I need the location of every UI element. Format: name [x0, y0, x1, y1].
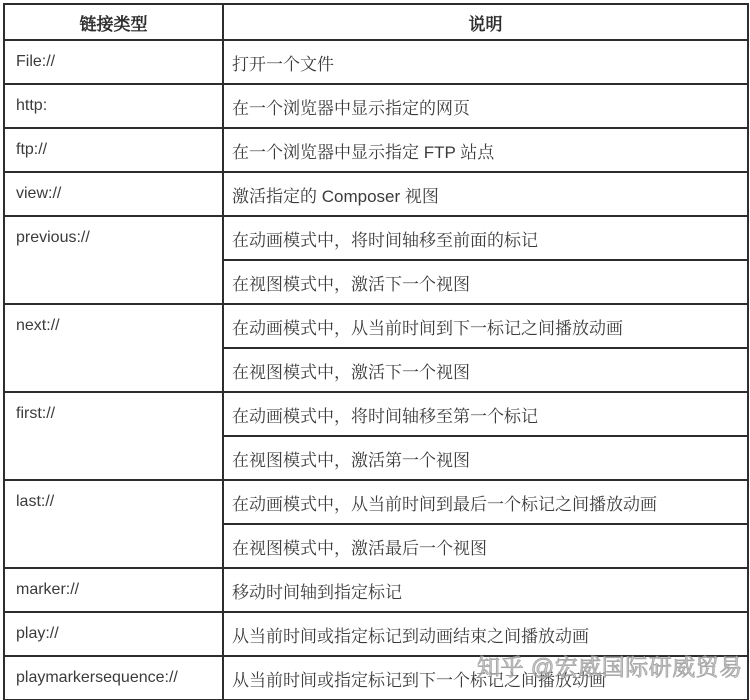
- link-type-cell: ftp://: [4, 128, 223, 172]
- table-row: play:// 从当前时间或指定标记到动画结束之间播放动画: [4, 612, 748, 656]
- link-type-cell: view://: [4, 172, 223, 216]
- description-cell: 在视图模式中，激活最后一个视图: [223, 524, 748, 568]
- description-cell: 从当前时间或指定标记到下一个标记之间播放动画: [223, 656, 748, 700]
- link-type-cell: next://: [4, 304, 223, 392]
- link-type-cell: File://: [4, 40, 223, 84]
- header-description: 说明: [223, 4, 748, 40]
- description-cell: 激活指定的 Composer 视图: [223, 172, 748, 216]
- description-cell: 打开一个文件: [223, 40, 748, 84]
- table-row: previous:// 在动画模式中，将时间轴移至前面的标记: [4, 216, 748, 260]
- description-cell: 在动画模式中，从当前时间到最后一个标记之间播放动画: [223, 480, 748, 524]
- link-type-cell: marker://: [4, 568, 223, 612]
- description-cell: 在一个浏览器中显示指定 FTP 站点: [223, 128, 748, 172]
- header-link-type: 链接类型: [4, 4, 223, 40]
- link-type-cell: previous://: [4, 216, 223, 304]
- table-row: playmarkersequence:// 从当前时间或指定标记到下一个标记之间…: [4, 656, 748, 700]
- description-cell: 在动画模式中，将时间轴移至前面的标记: [223, 216, 748, 260]
- table-row: first:// 在动画模式中，将时间轴移至第一个标记: [4, 392, 748, 436]
- table-row: File:// 打开一个文件: [4, 40, 748, 84]
- table-row: next:// 在动画模式中，从当前时间到下一标记之间播放动画: [4, 304, 748, 348]
- description-cell: 从当前时间或指定标记到动画结束之间播放动画: [223, 612, 748, 656]
- description-cell: 移动时间轴到指定标记: [223, 568, 748, 612]
- table-row: view:// 激活指定的 Composer 视图: [4, 172, 748, 216]
- link-type-cell: play://: [4, 612, 223, 656]
- description-cell: 在视图模式中，激活下一个视图: [223, 348, 748, 392]
- link-type-cell: last://: [4, 480, 223, 568]
- description-cell: 在一个浏览器中显示指定的网页: [223, 84, 748, 128]
- table-row: last:// 在动画模式中，从当前时间到最后一个标记之间播放动画: [4, 480, 748, 524]
- table-row: ftp:// 在一个浏览器中显示指定 FTP 站点: [4, 128, 748, 172]
- link-type-cell: playmarkersequence://: [4, 656, 223, 700]
- header-row: 链接类型 说明: [4, 4, 748, 40]
- description-cell: 在动画模式中，将时间轴移至第一个标记: [223, 392, 748, 436]
- link-type-cell: http:: [4, 84, 223, 128]
- table-row: marker:// 移动时间轴到指定标记: [4, 568, 748, 612]
- description-cell: 在视图模式中，激活第一个视图: [223, 436, 748, 480]
- link-types-table: 链接类型 说明 File:// 打开一个文件 http: 在一个浏览器中显示指定…: [3, 3, 749, 700]
- description-cell: 在动画模式中，从当前时间到下一标记之间播放动画: [223, 304, 748, 348]
- description-cell: 在视图模式中，激活下一个视图: [223, 260, 748, 304]
- document-page: 链接类型 说明 File:// 打开一个文件 http: 在一个浏览器中显示指定…: [0, 0, 750, 700]
- table-row: http: 在一个浏览器中显示指定的网页: [4, 84, 748, 128]
- link-type-cell: first://: [4, 392, 223, 480]
